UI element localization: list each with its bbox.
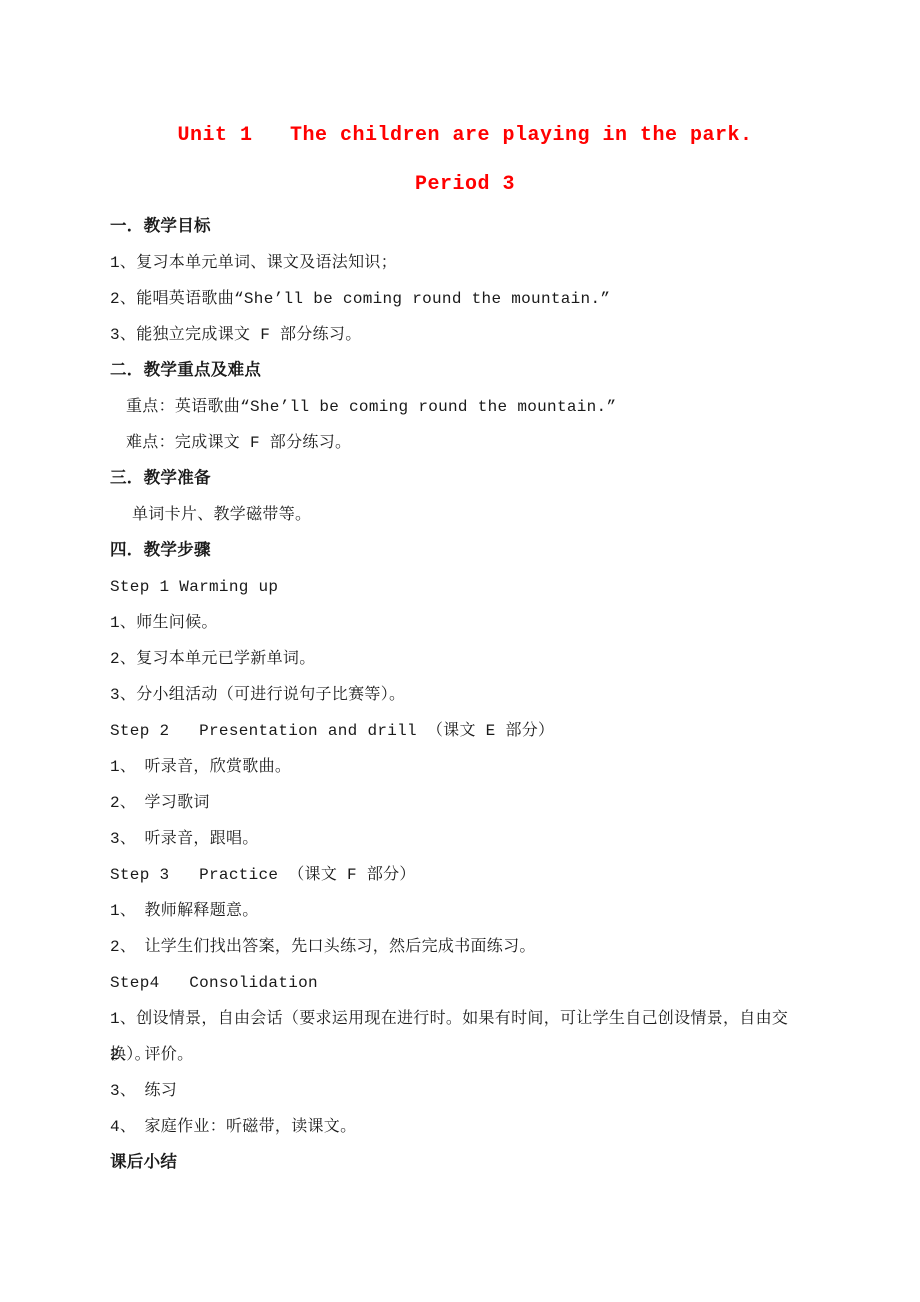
doc-line: 1、创设情景，自由会话（要求运用现在进行时。如果有时间，可让学生自己创设情景，自… [110,1001,820,1037]
section-heading-preparation: 三．教学准备 [110,461,820,497]
doc-line: 4、 家庭作业：听磁带，读课文。 [110,1109,820,1145]
doc-line: 1、 教师解释题意。 [110,893,820,929]
doc-line: 3、 听录音，跟唱。 [110,821,820,857]
doc-line: 1、师生问候。 [110,605,820,641]
doc-line: 3、 练习 [110,1073,820,1109]
doc-line: 2、复习本单元已学新单词。 [110,641,820,677]
doc-line-step1: Step 1 Warming up [110,569,820,605]
doc-line: 单词卡片、教学磁带等。 [110,497,820,533]
doc-line: 重点：英语歌曲“She’ll be coming round the mount… [110,389,820,425]
document-content: Unit 1 The children are playing in the p… [0,0,920,1181]
doc-line: 难点：完成课文 F 部分练习。 [110,425,820,461]
doc-line: 2、 评价。 [110,1037,820,1073]
doc-title-line2: Period 3 [110,170,820,200]
doc-line: 1、复习本单元单词、课文及语法知识； [110,245,820,281]
doc-title-line1: Unit 1 The children are playing in the p… [110,121,820,151]
section-heading-summary: 课后小结 [110,1145,820,1181]
doc-line: 3、能独立完成课文 F 部分练习。 [110,317,820,353]
section-heading-key-points: 二．教学重点及难点 [110,353,820,389]
section-heading-objectives: 一．教学目标 [110,209,820,245]
doc-line-step3: Step 3 Practice （课文 F 部分） [110,857,820,893]
doc-line: 1、 听录音，欣赏歌曲。 [110,749,820,785]
document-page: Unit 1 The children are playing in the p… [0,0,920,1302]
section-heading-procedures: 四．教学步骤 [110,533,820,569]
doc-line-step2: Step 2 Presentation and drill （课文 E 部分） [110,713,820,749]
doc-line-step4: Step4 Consolidation [110,965,820,1001]
doc-line: 2、 学习歌词 [110,785,820,821]
document-body: 一．教学目标 1、复习本单元单词、课文及语法知识； 2、能唱英语歌曲“She’l… [110,209,820,1181]
doc-line: 2、能唱英语歌曲“She’ll be coming round the moun… [110,281,820,317]
doc-line: 2、 让学生们找出答案，先口头练习，然后完成书面练习。 [110,929,820,965]
doc-line: 3、分小组活动（可进行说句子比赛等）。 [110,677,820,713]
